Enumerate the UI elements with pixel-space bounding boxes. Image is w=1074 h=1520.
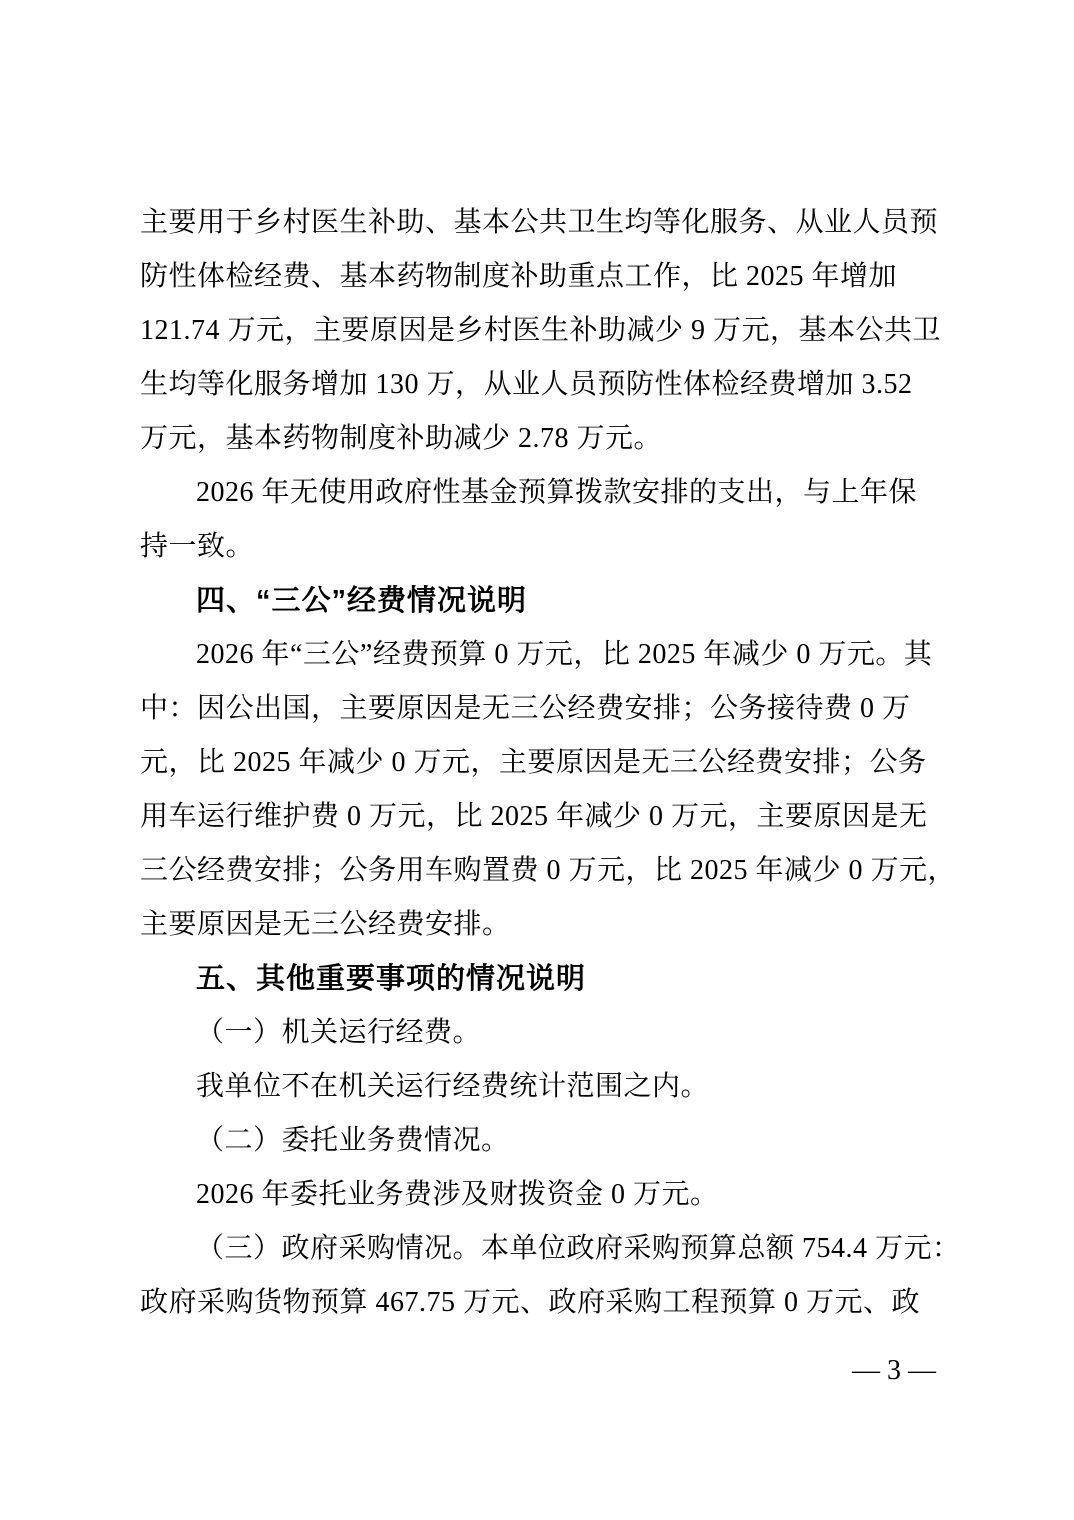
- document-body: 主要用于乡村医生补助、基本公共卫生均等化服务、从业人员预防性体检经费、基本药物制…: [140, 196, 940, 1330]
- text-line: 主要用于乡村医生补助、基本公共卫生均等化服务、从业人员预: [140, 196, 940, 250]
- text-line: 2026 年委托业务费涉及财拨资金 0 万元。: [140, 1168, 940, 1222]
- text-line: （三）政府采购情况。本单位政府采购预算总额 754.4 万元：: [140, 1222, 940, 1276]
- section-heading: 四、“三公”经费情况说明: [140, 574, 940, 628]
- text-line: 2026 年无使用政府性基金预算拨款安排的支出，与上年保: [140, 466, 940, 520]
- text-line: 121.74 万元，主要原因是乡村医生补助减少 9 万元，基本公共卫: [140, 304, 940, 358]
- document-page: 主要用于乡村医生补助、基本公共卫生均等化服务、从业人员预防性体检经费、基本药物制…: [0, 0, 1074, 1520]
- text-line: 三公经费安排；公务用车购置费 0 万元，比 2025 年减少 0 万元，: [140, 844, 940, 898]
- text-line: 防性体检经费、基本药物制度补助重点工作，比 2025 年增加: [140, 250, 940, 304]
- section-heading: 五、其他重要事项的情况说明: [140, 952, 940, 1006]
- text-line: 中：因公出国，主要原因是无三公经费安排；公务接待费 0 万: [140, 682, 940, 736]
- text-line: 元，比 2025 年减少 0 万元，主要原因是无三公经费安排；公务: [140, 736, 940, 790]
- text-line: 政府采购货物预算 467.75 万元、政府采购工程预算 0 万元、政: [140, 1276, 940, 1330]
- text-line: 持一致。: [140, 520, 940, 574]
- text-line: 生均等化服务增加 130 万，从业人员预防性体检经费增加 3.52: [140, 358, 940, 412]
- page-number: — 3 —: [140, 1344, 936, 1398]
- text-line: 用车运行维护费 0 万元，比 2025 年减少 0 万元，主要原因是无: [140, 790, 940, 844]
- text-line: 万元，基本药物制度补助减少 2.78 万元。: [140, 412, 940, 466]
- text-line: （二）委托业务费情况。: [140, 1114, 940, 1168]
- text-line: 我单位不在机关运行经费统计范围之内。: [140, 1060, 940, 1114]
- text-line: （一）机关运行经费。: [140, 1006, 940, 1060]
- text-line: 主要原因是无三公经费安排。: [140, 898, 940, 952]
- text-line: 2026 年“三公”经费预算 0 万元，比 2025 年减少 0 万元。其: [140, 628, 940, 682]
